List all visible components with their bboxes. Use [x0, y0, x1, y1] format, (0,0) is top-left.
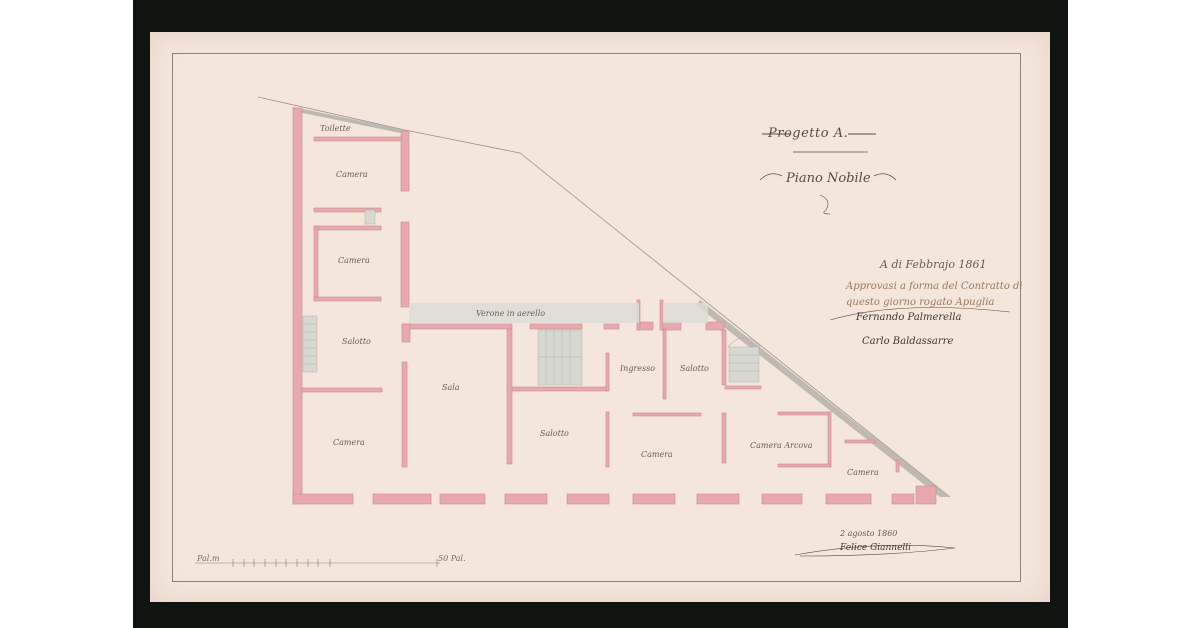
room-label: Toilette [320, 124, 351, 133]
scale-right-label: 50 Pal. [438, 554, 466, 563]
room-label: Camera Arcova [750, 441, 813, 450]
signature: Carlo Baldassarre [862, 336, 953, 347]
bottom-signature: Felice Giannelli [840, 543, 911, 553]
room-label: Ingresso [620, 364, 655, 373]
room-label: Camera [847, 468, 879, 477]
annotation-line: Approvasi a forma del Contratto di [846, 281, 1023, 292]
annotation-line: questo giorno rogato Apuglia [846, 297, 994, 308]
room-label: Camera [333, 438, 365, 447]
room-label: Salotto [680, 364, 709, 373]
room-label: Salotto [342, 337, 371, 346]
room-label: Sala [442, 383, 460, 392]
room-label: Camera [336, 170, 368, 179]
project-title: Progetto A. [768, 126, 848, 141]
bottom-date: 2 agosto 1860 [840, 529, 897, 538]
scale-left-label: Pal.m [197, 554, 219, 563]
floor-plan [0, 0, 1200, 628]
floor-subtitle: Piano Nobile [786, 171, 871, 186]
room-label: Salotto [540, 429, 569, 438]
room-label: Camera [338, 256, 370, 265]
signature: Fernando Palmerella [856, 312, 961, 323]
room-label: Verone in aerello [476, 309, 545, 318]
annotation-date: A di Febbrajo 1861 [880, 258, 986, 271]
room-label: Camera [641, 450, 673, 459]
